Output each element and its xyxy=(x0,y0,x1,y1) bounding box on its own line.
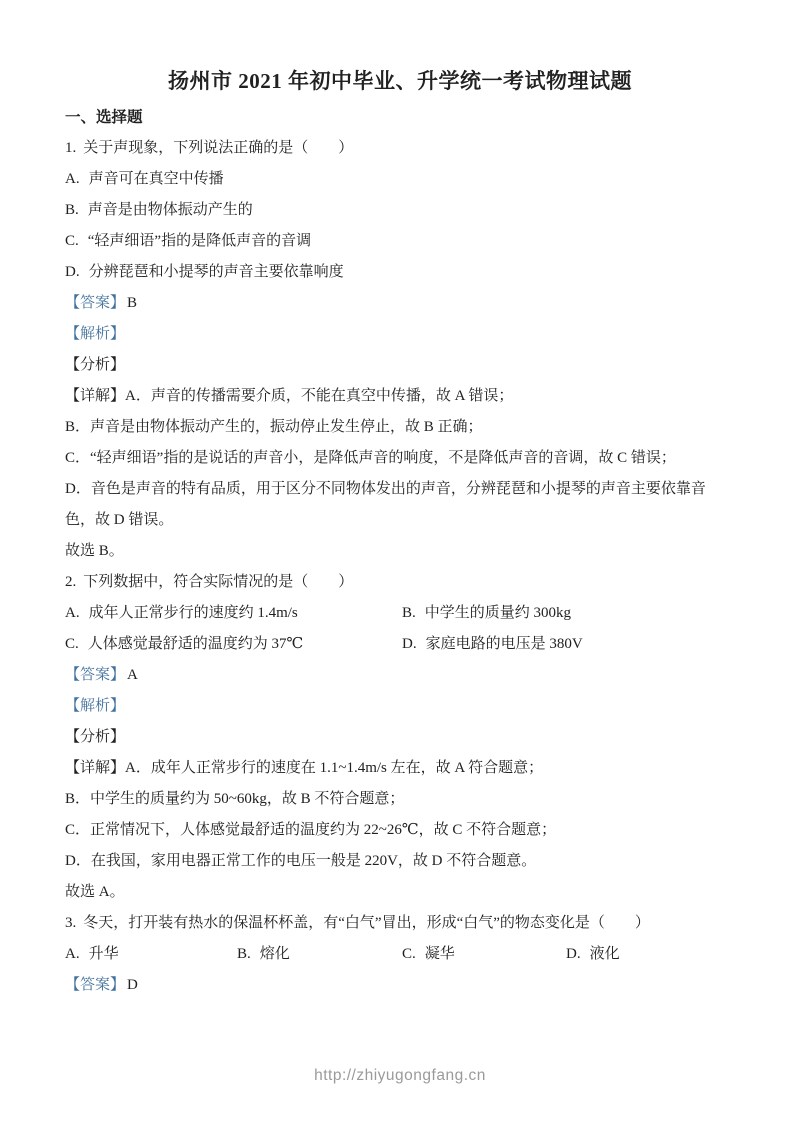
option-text: 人体感觉最舒适的温度约为 37℃ xyxy=(88,636,304,652)
option-label: C. xyxy=(65,233,79,249)
option-label: D. xyxy=(402,636,417,652)
answer-label: 【答案】 xyxy=(65,977,125,993)
question-2-detail-b: B．中学生的质量约为 50~60kg，故 B 不符合题意； xyxy=(65,784,735,815)
question-3-text: 冬天，打开装有热水的保温杯杯盖，有“白气”冒出，形成“白气”的物态变化是（ ） xyxy=(83,915,650,931)
option-label: A. xyxy=(65,171,80,187)
option-text: 熔化 xyxy=(260,946,290,962)
question-2-conclusion: 故选 A。 xyxy=(65,877,735,908)
answer-label: 【答案】 xyxy=(65,295,125,311)
option-text: “轻声细语”指的是降低声音的音调 xyxy=(88,233,311,249)
document-page: 扬州市 2021 年初中毕业、升学统一考试物理试题 一、选择题 1.关于声现象，… xyxy=(0,0,793,1122)
question-1-jiexi-label: 【解析】 xyxy=(65,319,735,350)
question-3-stem: 3.冬天，打开装有热水的保温杯杯盖，有“白气”冒出，形成“白气”的物态变化是（ … xyxy=(65,908,735,939)
option-label: A. xyxy=(65,946,80,962)
question-2-fenxi-label: 【分析】 xyxy=(65,722,735,753)
question-2-stem: 2.下列数据中，符合实际情况的是（ ） xyxy=(65,567,735,598)
option-label: A. xyxy=(65,605,80,621)
question-3-option-a: A.升华 xyxy=(65,939,237,970)
page-title: 扬州市 2021 年初中毕业、升学统一考试物理试题 xyxy=(65,66,735,96)
question-2-option-d: D.家庭电路的电压是 380V xyxy=(402,629,583,660)
question-3-options-row: A.升华 B.熔化 C.凝华 D.液化 xyxy=(65,939,735,970)
question-1-conclusion: 故选 B。 xyxy=(65,536,735,567)
option-text: 声音可在真空中传播 xyxy=(89,171,224,187)
question-1-detail-c: C．“轻声细语”指的是说话的声音小，是降低声音的响度，不是降低声音的音调，故 C… xyxy=(65,443,735,474)
question-2-options-row-2: C.人体感觉最舒适的温度约为 37℃ D.家庭电路的电压是 380V xyxy=(65,629,735,660)
option-label: C. xyxy=(402,946,416,962)
option-text: 液化 xyxy=(590,946,620,962)
question-1-option-b: B.声音是由物体振动产生的 xyxy=(65,195,735,226)
question-2-option-b: B.中学生的质量约 300kg xyxy=(402,598,571,629)
answer-label: 【答案】 xyxy=(65,667,125,683)
question-2-detail-c: C．正常情况下，人体感觉最舒适的温度约为 22~26℃，故 C 不符合题意； xyxy=(65,815,735,846)
option-text: 家庭电路的电压是 380V xyxy=(426,636,583,652)
option-text: 分辨琵琶和小提琴的声音主要依靠响度 xyxy=(89,264,344,280)
option-text: 升华 xyxy=(89,946,119,962)
question-2-detail-d: D．在我国，家用电器正常工作的电压一般是 220V，故 D 不符合题意。 xyxy=(65,846,735,877)
question-1-option-d: D.分辨琵琶和小提琴的声音主要依靠响度 xyxy=(65,257,735,288)
question-3-answer-line: 【答案】D xyxy=(65,970,735,1001)
answer-value: A xyxy=(127,667,138,683)
question-1-option-a: A.声音可在真空中传播 xyxy=(65,164,735,195)
question-1-number: 1. xyxy=(65,140,76,156)
question-2-number: 2. xyxy=(65,574,76,590)
watermark-url: http://zhiyugongfang.cn xyxy=(65,1065,735,1087)
answer-value: D xyxy=(127,977,138,993)
option-label: C. xyxy=(65,636,79,652)
option-text: 中学生的质量约 300kg xyxy=(425,605,571,621)
section-heading: 一、选择题 xyxy=(65,102,735,133)
question-1-fenxi-label: 【分析】 xyxy=(65,350,735,381)
question-2-detail-a: 【详解】A．成年人正常步行的速度在 1.1~1.4m/s 左在，故 A 符合题意… xyxy=(65,753,735,784)
question-1-text: 关于声现象，下列说法正确的是（ ） xyxy=(83,140,353,156)
question-2-option-c: C.人体感觉最舒适的温度约为 37℃ xyxy=(65,629,402,660)
question-1-detail-a: 【详解】A．声音的传播需要介质，不能在真空中传播，故 A 错误； xyxy=(65,381,735,412)
option-label: D. xyxy=(566,946,581,962)
option-text: 声音是由物体振动产生的 xyxy=(88,202,253,218)
option-label: D. xyxy=(65,264,80,280)
option-label: B. xyxy=(402,605,416,621)
option-text: 成年人正常步行的速度约 1.4m/s xyxy=(89,605,298,621)
question-2-option-a: A.成年人正常步行的速度约 1.4m/s xyxy=(65,598,402,629)
question-2-jiexi-label: 【解析】 xyxy=(65,691,735,722)
question-1-detail-d: D．音色是声音的特有品质，用于区分不同物体发出的声音，分辨琵琶和小提琴的声音主要… xyxy=(65,474,735,536)
option-label: B. xyxy=(237,946,251,962)
option-label: B. xyxy=(65,202,79,218)
question-1-option-c: C.“轻声细语”指的是降低声音的音调 xyxy=(65,226,735,257)
question-3-option-b: B.熔化 xyxy=(237,939,402,970)
question-1-answer-line: 【答案】B xyxy=(65,288,735,319)
question-3-option-c: C.凝华 xyxy=(402,939,566,970)
question-1-stem: 1.关于声现象，下列说法正确的是（ ） xyxy=(65,133,735,164)
question-2-answer-line: 【答案】A xyxy=(65,660,735,691)
question-3-option-d: D.液化 xyxy=(566,939,620,970)
question-2-options-row-1: A.成年人正常步行的速度约 1.4m/s B.中学生的质量约 300kg xyxy=(65,598,735,629)
answer-value: B xyxy=(127,295,137,311)
question-1-detail-b: B．声音是由物体振动产生的，振动停止发生停止，故 B 正确； xyxy=(65,412,735,443)
option-text: 凝华 xyxy=(425,946,455,962)
question-2-text: 下列数据中，符合实际情况的是（ ） xyxy=(83,574,353,590)
document-content: 扬州市 2021 年初中毕业、升学统一考试物理试题 一、选择题 1.关于声现象，… xyxy=(0,0,793,1087)
question-3-number: 3. xyxy=(65,915,76,931)
